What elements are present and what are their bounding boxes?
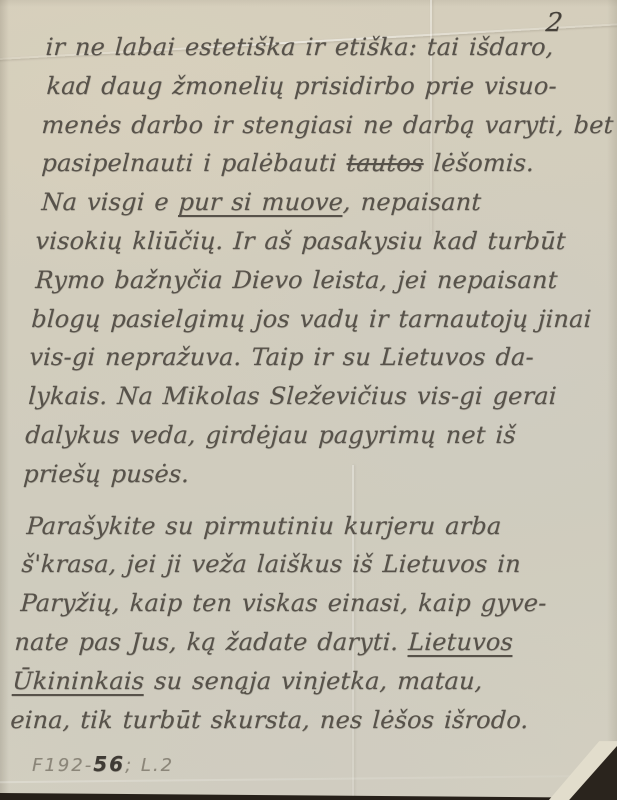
handwritten-line: kad daug žmonelių prisidirbo prie visuo- — [43, 67, 617, 106]
archival-leaf-number: ; L.2 — [125, 755, 174, 776]
handwritten-line: š'krasa, jei ji veža laiškus iš Lietuvos… — [17, 545, 597, 584]
handwritten-text: priešų pusės. — [23, 460, 190, 488]
archival-reference: F192-56; L.2 — [32, 752, 174, 776]
scanned-letter-page: 2 ir ne labai estetiška ir etiška: tai i… — [0, 0, 617, 800]
handwritten-text: vis-gi nepražuva. Taip ir su Lietuvos da… — [29, 343, 535, 371]
handwritten-line: Parašykite su pirmutiniu kurjeru arba — [20, 507, 600, 546]
handwritten-line: eina, tik turbūt skursta, nes lėšos išro… — [9, 701, 589, 740]
handwritten-text: lėšomis. — [423, 149, 535, 177]
handwritten-text: Rymo bažnyčia Dievo leista, jei nepaisan… — [35, 266, 559, 294]
handwritten-letter-body: ir ne labai estetiška ir etiška: tai išd… — [9, 28, 617, 739]
handwritten-line: Paryžių, kaip ten viskas einasi, kaip gy… — [15, 584, 595, 623]
handwritten-text: menės darbo ir stengiasi ne darbą varyti… — [41, 111, 614, 139]
archival-fond-number: F192- — [32, 755, 93, 776]
handwritten-text: eina, tik turbūt skursta, nes lėšos išro… — [10, 706, 530, 734]
paper-edge-shade-left — [0, 0, 9, 800]
paper-edge-shade-top — [0, 0, 617, 7]
handwritten-text: š'krasa, jei ji veža laiškus iš Lietuvos… — [21, 550, 522, 578]
handwritten-text: ir ne labai estetiška ir etiška: tai išd… — [45, 33, 554, 61]
handwritten-text: dalykus veda, girdėjau pagyrimų net iš — [25, 421, 517, 449]
handwritten-text: blogų pasielgimų jos vadų ir tarnautojų … — [31, 305, 593, 333]
underlined-text: Lietuvos — [408, 628, 514, 656]
archival-file-number: 56 — [93, 752, 125, 776]
handwritten-line: lykais. Na Mikolas Sleževičius vis-gi ge… — [26, 377, 606, 416]
handwritten-line: nate pas Jus, ką žadate daryti. Lietuvos — [13, 623, 593, 662]
handwritten-line: Ūkininkais su senąja vinjetka, matau, — [11, 662, 591, 701]
handwritten-text: , nepaisant — [342, 188, 482, 216]
struck-text: tautos — [346, 149, 424, 177]
handwritten-line: Na visgi e pur si muove, nepaisant — [36, 183, 616, 222]
handwritten-text: nate pas Jus, ką žadate daryti. — [14, 628, 409, 656]
handwritten-text: lykais. Na Mikolas Sleževičius vis-gi ge… — [28, 382, 558, 410]
handwritten-text: Paryžių, kaip ten viskas einasi, kaip gy… — [20, 589, 548, 617]
handwritten-line: visokių kliūčių. Ir aš pasakysiu kad tur… — [34, 222, 614, 261]
scan-background-bottom-edge — [0, 793, 554, 800]
handwritten-text: Na visgi e — [41, 188, 180, 216]
underlined-text: Ūkininkais — [12, 667, 145, 695]
handwritten-line: menės darbo ir stengiasi ne darbą varyti… — [41, 106, 617, 145]
handwritten-text: Parašykite su pirmutiniu kurjeru arba — [26, 512, 502, 540]
handwritten-text: su senąja vinjetka, matau, — [144, 667, 484, 695]
handwritten-text: kad daug žmonelių prisidirbo prie visuo- — [46, 72, 558, 100]
handwritten-text: pasipelnauti i palėbauti — [41, 149, 347, 177]
handwritten-line: vis-gi nepražuva. Taip ir su Lietuvos da… — [28, 338, 608, 377]
handwritten-line: ir ne labai estetiška ir etiška: tai išd… — [45, 28, 617, 67]
handwritten-line: dalykus veda, girdėjau pagyrimų net iš — [24, 416, 604, 455]
handwritten-line: pasipelnauti i palėbauti tautos lėšomis. — [39, 144, 617, 183]
handwritten-text: visokių kliūčių. Ir aš pasakysiu kad tur… — [35, 227, 567, 255]
underlined-text: pur si muove — [178, 188, 344, 216]
handwritten-line: Rymo bažnyčia Dievo leista, jei nepaisan… — [32, 261, 612, 300]
handwritten-line: priešų pusės. — [22, 455, 602, 494]
handwritten-line: blogų pasielgimų jos vadų ir tarnautojų … — [30, 300, 610, 339]
